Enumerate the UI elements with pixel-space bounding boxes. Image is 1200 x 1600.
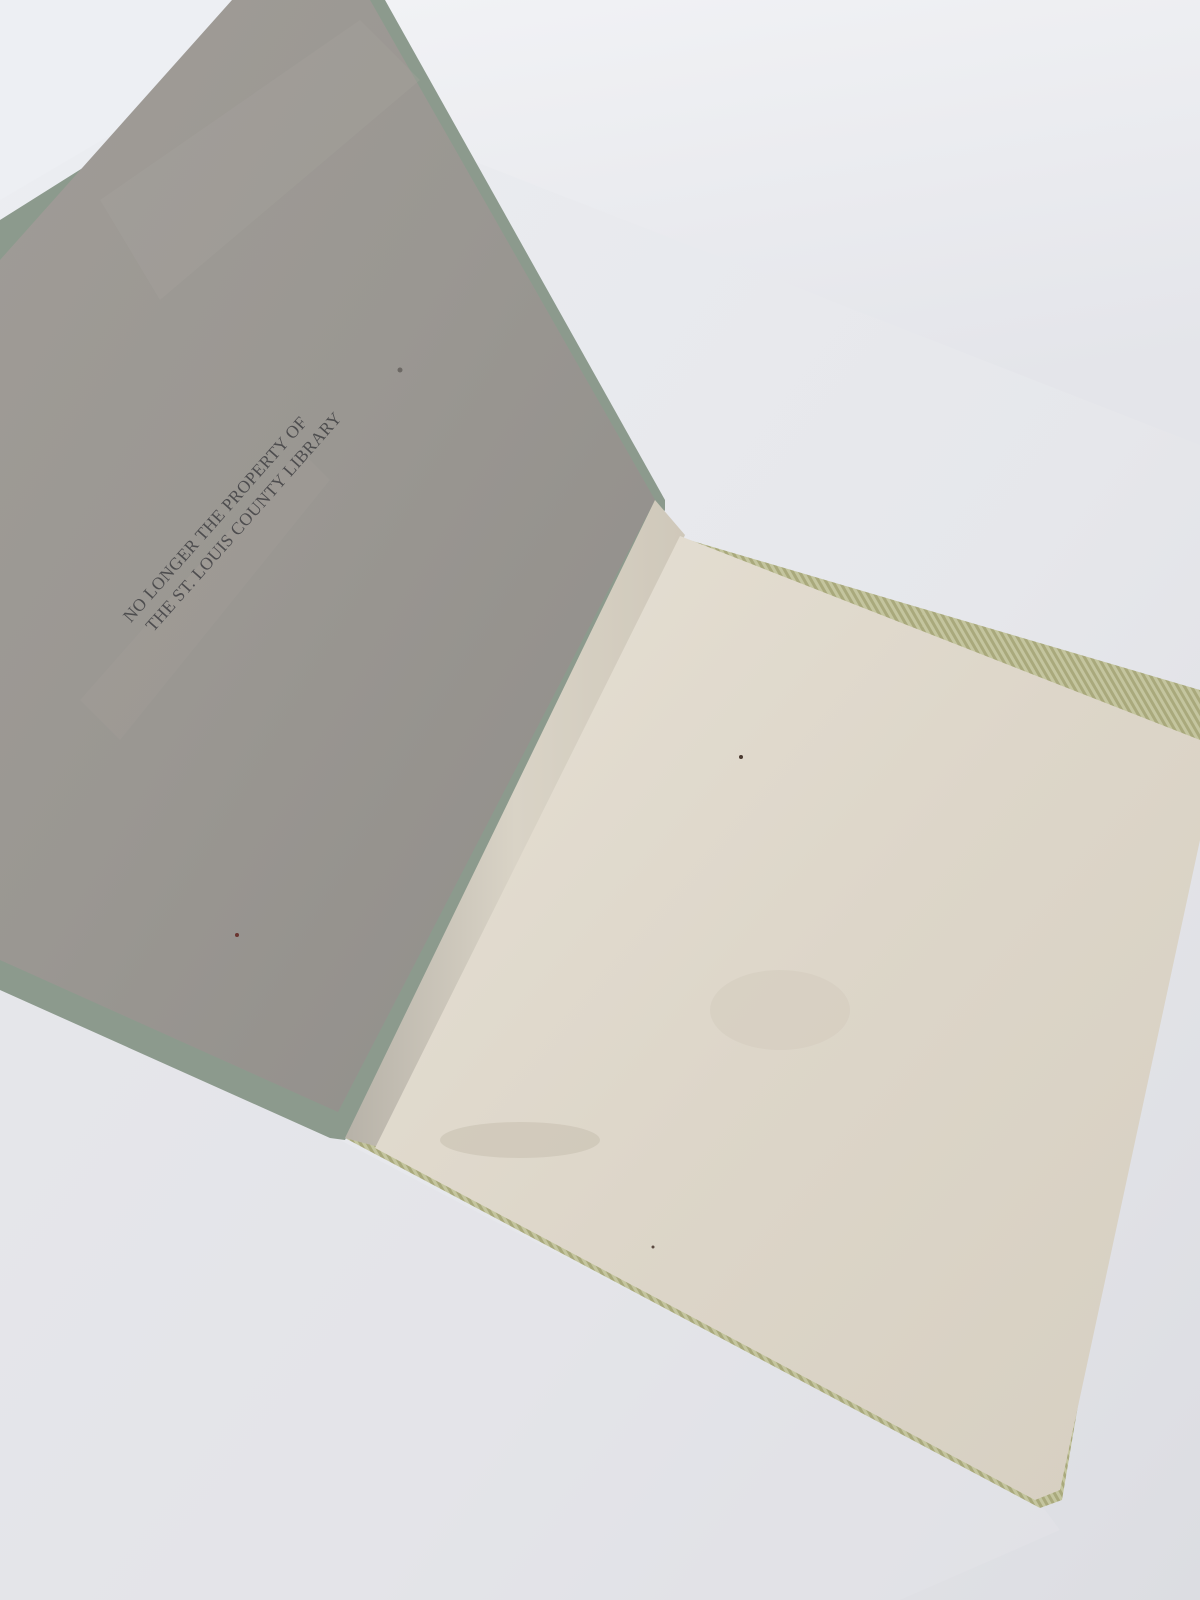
book-photo <box>0 0 1200 1600</box>
